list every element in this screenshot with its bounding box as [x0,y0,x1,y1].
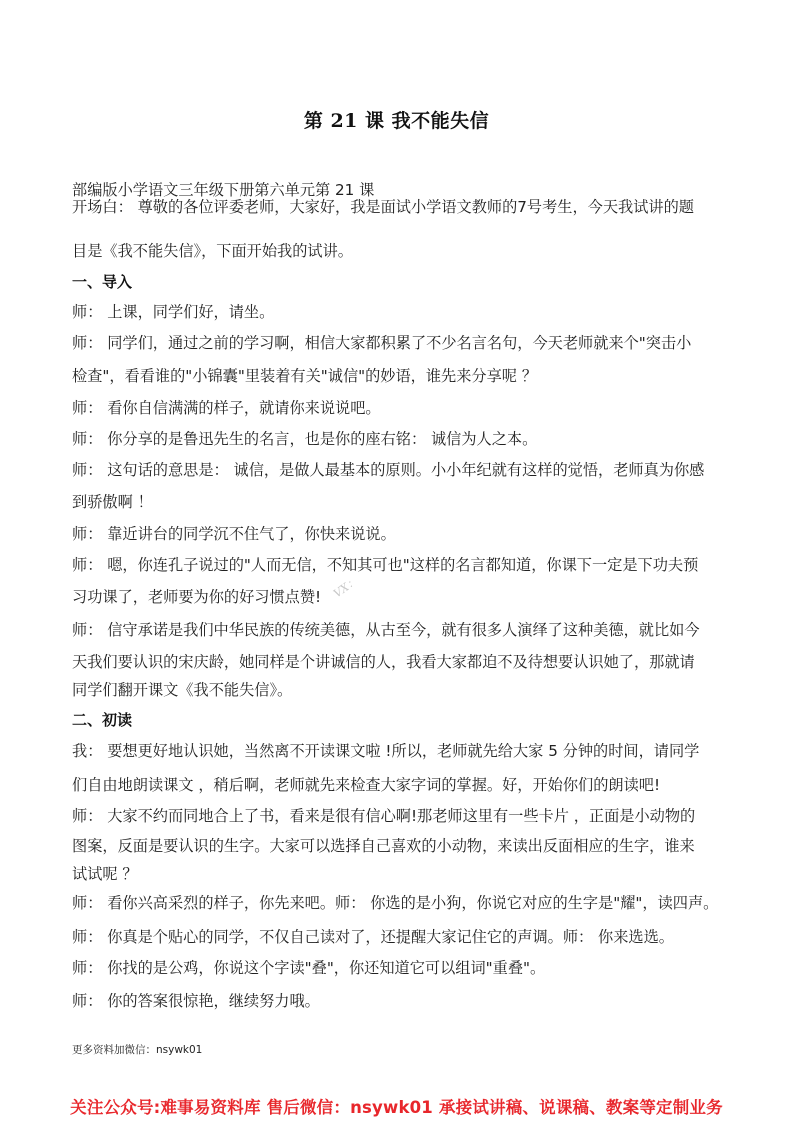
paragraph-line: 师： 同学们，通过之前的学习啊，相信大家都积累了不少名言名句，今天老师就来个"突… [72,333,732,353]
paragraph-line: 师： 这句话的意思是： 诚信，是做人最基本的原则。小小年纪就有这样的觉悟，老师真… [72,460,732,480]
paragraph-line: 师： 上课，同学们好，请坐。 [72,302,732,322]
promo-banner: 关注公众号:难事易资料库 售后微信：nsywk01 承接试讲稿、说课稿、教案等定… [0,1094,793,1118]
paragraph-line: 到骄傲啊 ！ [72,492,732,512]
paragraph-line: 图案，反面是要认识的生字。大家可以选择自己喜欢的小动物，来读出反面相应的生字，谁… [72,836,732,856]
paragraph-line: 我： 要想更好地认识她，当然离不开读课文啦 !所以，老师就先给大家 5 分钟的时… [72,741,732,761]
paragraph-line: 师： 靠近讲台的同学沉不住气了，你快来说说。 [72,524,732,544]
paragraph-line: 试试呢 ？ [72,864,732,884]
paragraph-line: 师： 大家不约而同地合上了书，看来是很有信心啊!那老师这里有一些卡片 ，正面是小… [72,806,732,826]
paragraph-line: 检查"，看看谁的"小锦囊"里装着有关"诚信"的妙语，谁先来分享呢 ？ [72,366,732,386]
paragraph-line: 师： 你的答案很惊艳，继续努力哦。 [72,991,732,1011]
paragraph-line: 开场白： 尊敬的各位评委老师，大家好，我是面试小学语文教师的7号考生，今天我试讲… [72,197,732,217]
document-page: 第 21 课 我不能失信 部编版小学语文三年级下册第六单元第 21 课 开场白：… [0,0,793,1122]
paragraph-line: 师： 你找的是公鸡，你说这个字读"叠"，你还知道它可以组词"重叠"。 [72,958,732,978]
paragraph-line: 目是《我不能失信》，下面开始我的试讲。 [72,241,732,261]
paragraph-line: 天我们要认识的宋庆龄，她同样是个讲诚信的人，我看大家都迫不及待想要认识她了，那就… [72,652,732,672]
paragraph-line: 师： 看你兴高采烈的样子，你先来吧。师： 你选的是小狗，你说它对应的生字是"耀"… [72,893,732,913]
paragraph-line: 同学们翻开课文《我不能失信》。 [72,680,732,700]
paragraph-line: 师： 嗯，你连孔子说过的"人而无信，不知其可也"这样的名言都知道，你课下一定是下… [72,555,732,575]
paragraph-line: 师： 你真是个贴心的同学，不仅自己读对了，还提醒大家记住它的声调。师： 你来选选… [72,927,732,947]
paragraph-line: 师： 信守承诺是我们中华民族的传统美德，从古至今，就有很多人演绎了这种美德，就比… [72,620,732,640]
paragraph-line: 师： 看你自信满满的样子，就请你来说说吧。 [72,398,732,418]
footer-note: 更多资料加微信：nsywk01 [72,1042,202,1057]
paragraph-line: 们自由地朗读课文 ，稍后啊，老师就先来检查大家字词的掌握。好，开始你们的朗读吧! [72,775,732,795]
paragraph-line: 师： 你分享的是鲁迅先生的名言，也是你的座右铭： 诚信为人之本。 [72,429,732,449]
paragraph-line: 习功课了，老师要为你的好习惯点赞! [72,587,732,607]
lesson-title: 第 21 课 我不能失信 [0,106,793,133]
section-heading: 二、初读 [72,710,732,730]
section-heading: 一、导入 [72,272,732,292]
